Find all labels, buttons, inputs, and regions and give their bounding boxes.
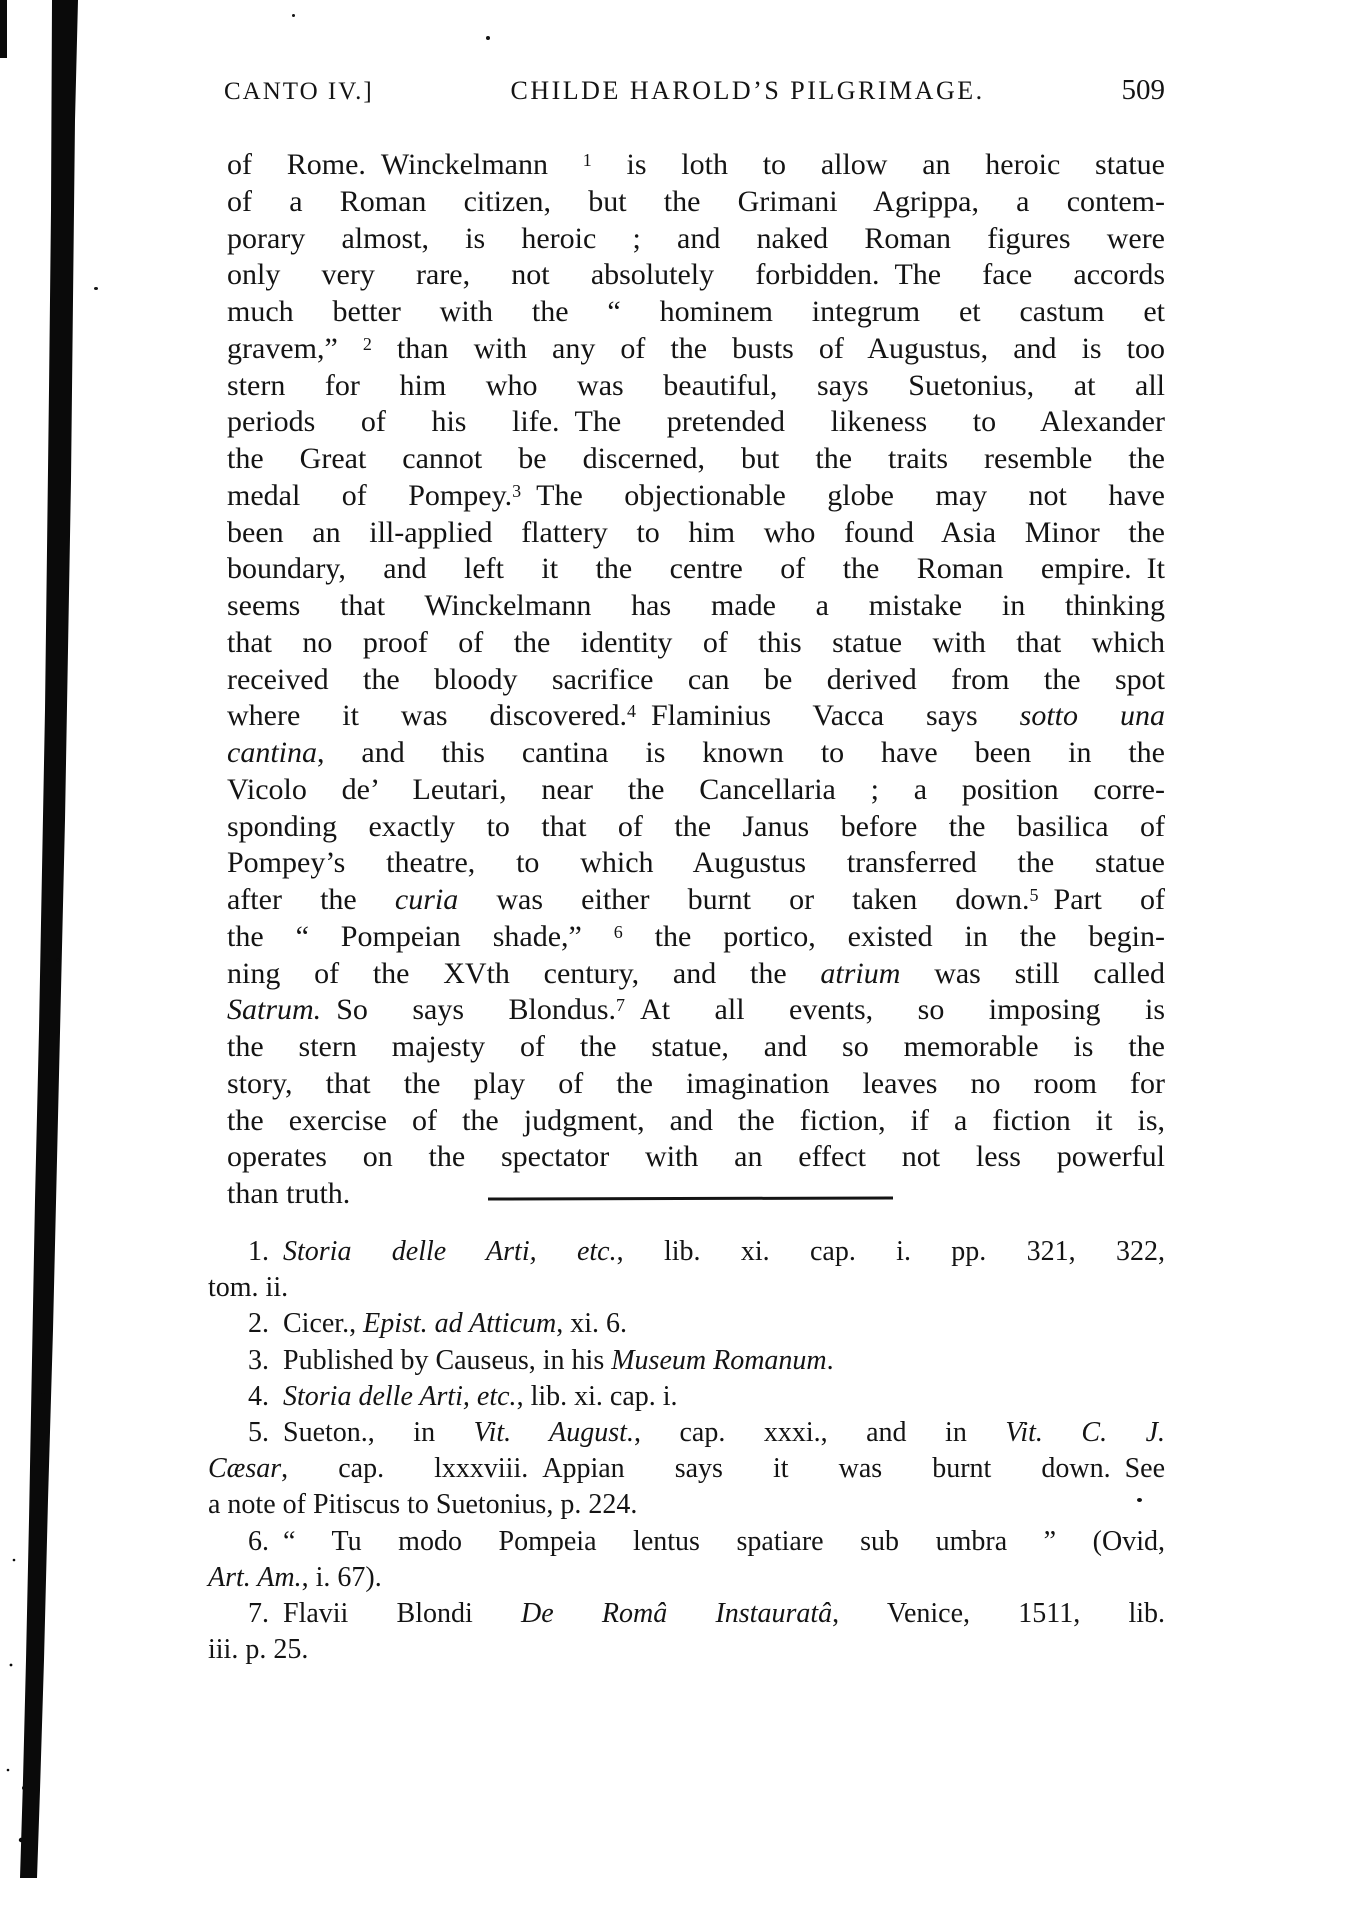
- body-line: the “ Pompeian shade,” 6 the portico, ex…: [227, 919, 1165, 956]
- scan-speck: [1137, 1498, 1142, 1502]
- body-line: stern for him who was beautiful, says Su…: [227, 368, 1165, 405]
- header-title: CHILDE HAROLD’S PILGRIMAGE.: [374, 76, 1122, 106]
- body-line: boundary, and left it the centre of the …: [227, 551, 1165, 588]
- body-line: periods of his life. The pretended liken…: [227, 404, 1165, 441]
- body-line: story, that the play of the imagination …: [227, 1066, 1165, 1103]
- body-line: only very rare, not absolutely forbidden…: [227, 257, 1165, 294]
- body-line: ning of the XVth century, and the atrium…: [227, 956, 1165, 993]
- body-line: operates on the spectator with an effect…: [227, 1139, 1165, 1176]
- body-line: Pompey’s theatre, to which Augustus tran…: [227, 845, 1165, 882]
- body-line: cantina, and this cantina is known to ha…: [227, 735, 1165, 772]
- body-line: Vicolo de’ Leutari, near the Cancellaria…: [227, 772, 1165, 809]
- body-text: of Rome. Winckelmann 1 is loth to allow …: [227, 147, 1165, 1213]
- footnote-line: a note of Pitiscus to Suetonius, p. 224.: [208, 1487, 1165, 1523]
- body-line: seems that Winckelmann has made a mistak…: [227, 588, 1165, 625]
- body-line: sponding exactly to that of the Janus be…: [227, 809, 1165, 846]
- body-line: of a Roman citizen, but the Grimani Agri…: [227, 184, 1165, 221]
- footnote-line: 4. Storia delle Arti, etc., lib. xi. cap…: [208, 1379, 1165, 1415]
- body-line: after the curia was either burnt or take…: [227, 882, 1165, 919]
- footnote-line: iii. p. 25.: [208, 1632, 1165, 1668]
- body-line: the exercise of the judgment, and the fi…: [227, 1103, 1165, 1140]
- scanned-page: CANTO IV.] CHILDE HAROLD’S PILGRIMAGE. 5…: [0, 0, 1349, 1925]
- body-line: porary almost, is heroic ; and naked Rom…: [227, 221, 1165, 258]
- footnote-line: Art. Am., i. 67).: [208, 1560, 1165, 1596]
- footnote-line: tom. ii.: [208, 1270, 1165, 1306]
- body-line: been an ill-applied flattery to him who …: [227, 515, 1165, 552]
- body-line: medal of Pompey.3 The objectionable glob…: [227, 478, 1165, 515]
- scan-speck: [486, 36, 490, 40]
- footnote-line: 2. Cicer., Epist. ad Atticum, xi. 6.: [208, 1306, 1165, 1342]
- body-line: the stern majesty of the statue, and so …: [227, 1029, 1165, 1066]
- body-line: gravem,” 2 than with any of the busts of…: [227, 331, 1165, 368]
- footnote-line: 1. Storia delle Arti, etc., lib. xi. cap…: [208, 1234, 1165, 1270]
- body-line: of Rome. Winckelmann 1 is loth to allow …: [227, 147, 1165, 184]
- body-line: received the bloody sacrifice can be der…: [227, 662, 1165, 699]
- body-line: that no proof of the identity of this st…: [227, 625, 1165, 662]
- scan-speck: [94, 287, 98, 290]
- body-line: where it was discovered.4 Flaminius Vacc…: [227, 698, 1165, 735]
- footnote-line: 5. Sueton., in Vit. August., cap. xxxi.,…: [208, 1415, 1165, 1451]
- header-canto: CANTO IV.]: [224, 78, 374, 106]
- footnote-line: 3. Published by Causeus, in his Museum R…: [208, 1343, 1165, 1379]
- footnote-line: 6. “ Tu modo Pompeia lentus spatiare sub…: [208, 1524, 1165, 1560]
- body-line: Satrum. So says Blondus.7 At all events,…: [227, 992, 1165, 1029]
- body-line: the Great cannot be discerned, but the t…: [227, 441, 1165, 478]
- footnote-line: Cæsar, cap. lxxxviii. Appian says it was…: [208, 1451, 1165, 1487]
- header-page-number: 509: [1122, 74, 1166, 107]
- scan-speck: [292, 14, 295, 17]
- footnotes: 1. Storia delle Arti, etc., lib. xi. cap…: [208, 1234, 1165, 1668]
- footnote-line: 7. Flavii Blondi De Româ Instauratâ, Ven…: [208, 1596, 1165, 1632]
- body-line: much better with the “ hominem integrum …: [227, 294, 1165, 331]
- body-line: than truth.: [227, 1176, 1165, 1213]
- book-gutter-shadow: [0, 0, 120, 1925]
- page-header: CANTO IV.] CHILDE HAROLD’S PILGRIMAGE. 5…: [224, 74, 1165, 107]
